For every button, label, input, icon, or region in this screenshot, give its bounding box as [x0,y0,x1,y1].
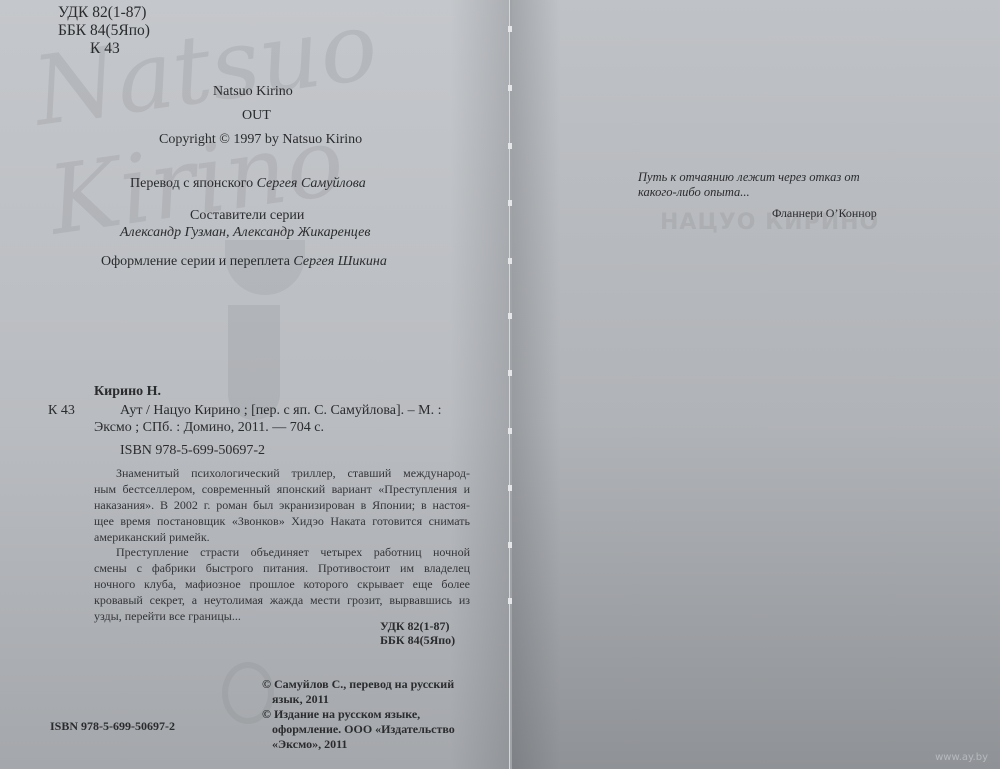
epigraph-line2: какого-либо опыта... [638,186,750,199]
series-editors-label: Составители серии [190,209,304,223]
bbk-code-top: ББК 84(5Япо) [58,23,150,39]
translation-credit: Перевод с японского Сергея Самуйлова [130,177,366,191]
catalog-author-mark: К 43 [48,404,75,418]
design-credit: Оформление серии и переплета Сергея Шики… [101,255,387,269]
annotation-line: Преступление страсти объединяет четырех … [94,544,470,560]
catalog-isbn: ISBN 978-5-699-50697-2 [120,444,265,458]
binding-stitch [508,485,512,491]
book-gutter [509,0,512,769]
binding-stitch [508,258,512,264]
original-copyright: Copyright © 1997 by Natsuo Kirino [159,133,362,147]
watermark: www.ay.by [935,752,988,763]
annotation-line: щее время постановщик «Звонков» Хидэо На… [94,513,470,529]
udk-code-bottom: УДК 82(1-87) [380,620,450,632]
catalog-entry-line2: Эксмо ; СПб. : Домино, 2011. — 704 с. [94,421,324,435]
annotation-line: ным бестселлером, современный японский в… [94,481,470,497]
annotation-line: смены с фабрики быстрого питания. Против… [94,560,470,576]
copyright-edition-line2: оформление. ООО «Издательство [272,723,455,735]
copyright-edition-line1: © Издание на русском языке, [262,708,420,720]
original-title: OUT [242,109,271,123]
annotation-line: Знаменитый психологический триллер, став… [94,465,470,481]
binding-stitch [508,200,512,206]
isbn-bottom: ISBN 978-5-699-50697-2 [50,720,175,732]
author-mark-top: К 43 [90,41,120,57]
annotation-line: ночного клуба, мафиозное прошлое которог… [94,576,470,592]
binding-stitch [508,370,512,376]
copyright-translation-line1: © Самуйлов С., перевод на русский [262,678,454,690]
right-page: НАЦУО КИРИНО Путь к отчаянию лежит через… [510,0,1000,769]
series-editors-names: Александр Гузман, Александр Жикаренцев [120,226,370,240]
binding-stitch [508,598,512,604]
copyright-edition-line3: «Эксмо», 2011 [272,738,347,750]
annotation-line: наказания». В 2002 г. роман был экранизи… [94,497,470,513]
catalog-entry-line1: Аут / Нацуо Кирино ; [пер. с яп. С. Саму… [120,404,441,418]
binding-stitch [508,313,512,319]
annotation-paragraph-2: Преступление страсти объединяет четырех … [94,544,470,624]
annotation-line: американский римейк. [94,529,470,545]
binding-stitch [508,542,512,548]
left-page: Natsuo Kirino УДК 82(1-87) ББК 84(5Япо) … [0,0,510,769]
copyright-translation-line2: язык, 2011 [272,693,329,705]
annotation-paragraph-1: Знаменитый психологический триллер, став… [94,465,470,545]
original-author: Natsuo Kirino [213,85,293,99]
annotation-line: кровавый секрет, а неутолимая жажда мест… [94,592,470,608]
udk-code-top: УДК 82(1-87) [58,5,146,21]
binding-stitch [508,428,512,434]
translation-label: Перевод с японского [130,176,253,191]
epigraph-line1: Путь к отчаянию лежит через отказ от [638,171,860,184]
translator-name: Сергея Самуйлова [257,176,366,191]
bbk-code-bottom: ББК 84(5Япо) [380,634,455,646]
binding-stitch [508,26,512,32]
catalog-author-heading: Кирино Н. [94,385,161,399]
designer-name: Сергея Шикина [293,254,386,269]
binding-stitch [508,85,512,91]
epigraph-attribution: Фланнери О’Коннор [772,207,877,219]
design-label: Оформление серии и переплета [101,254,290,269]
binding-stitch [508,143,512,149]
